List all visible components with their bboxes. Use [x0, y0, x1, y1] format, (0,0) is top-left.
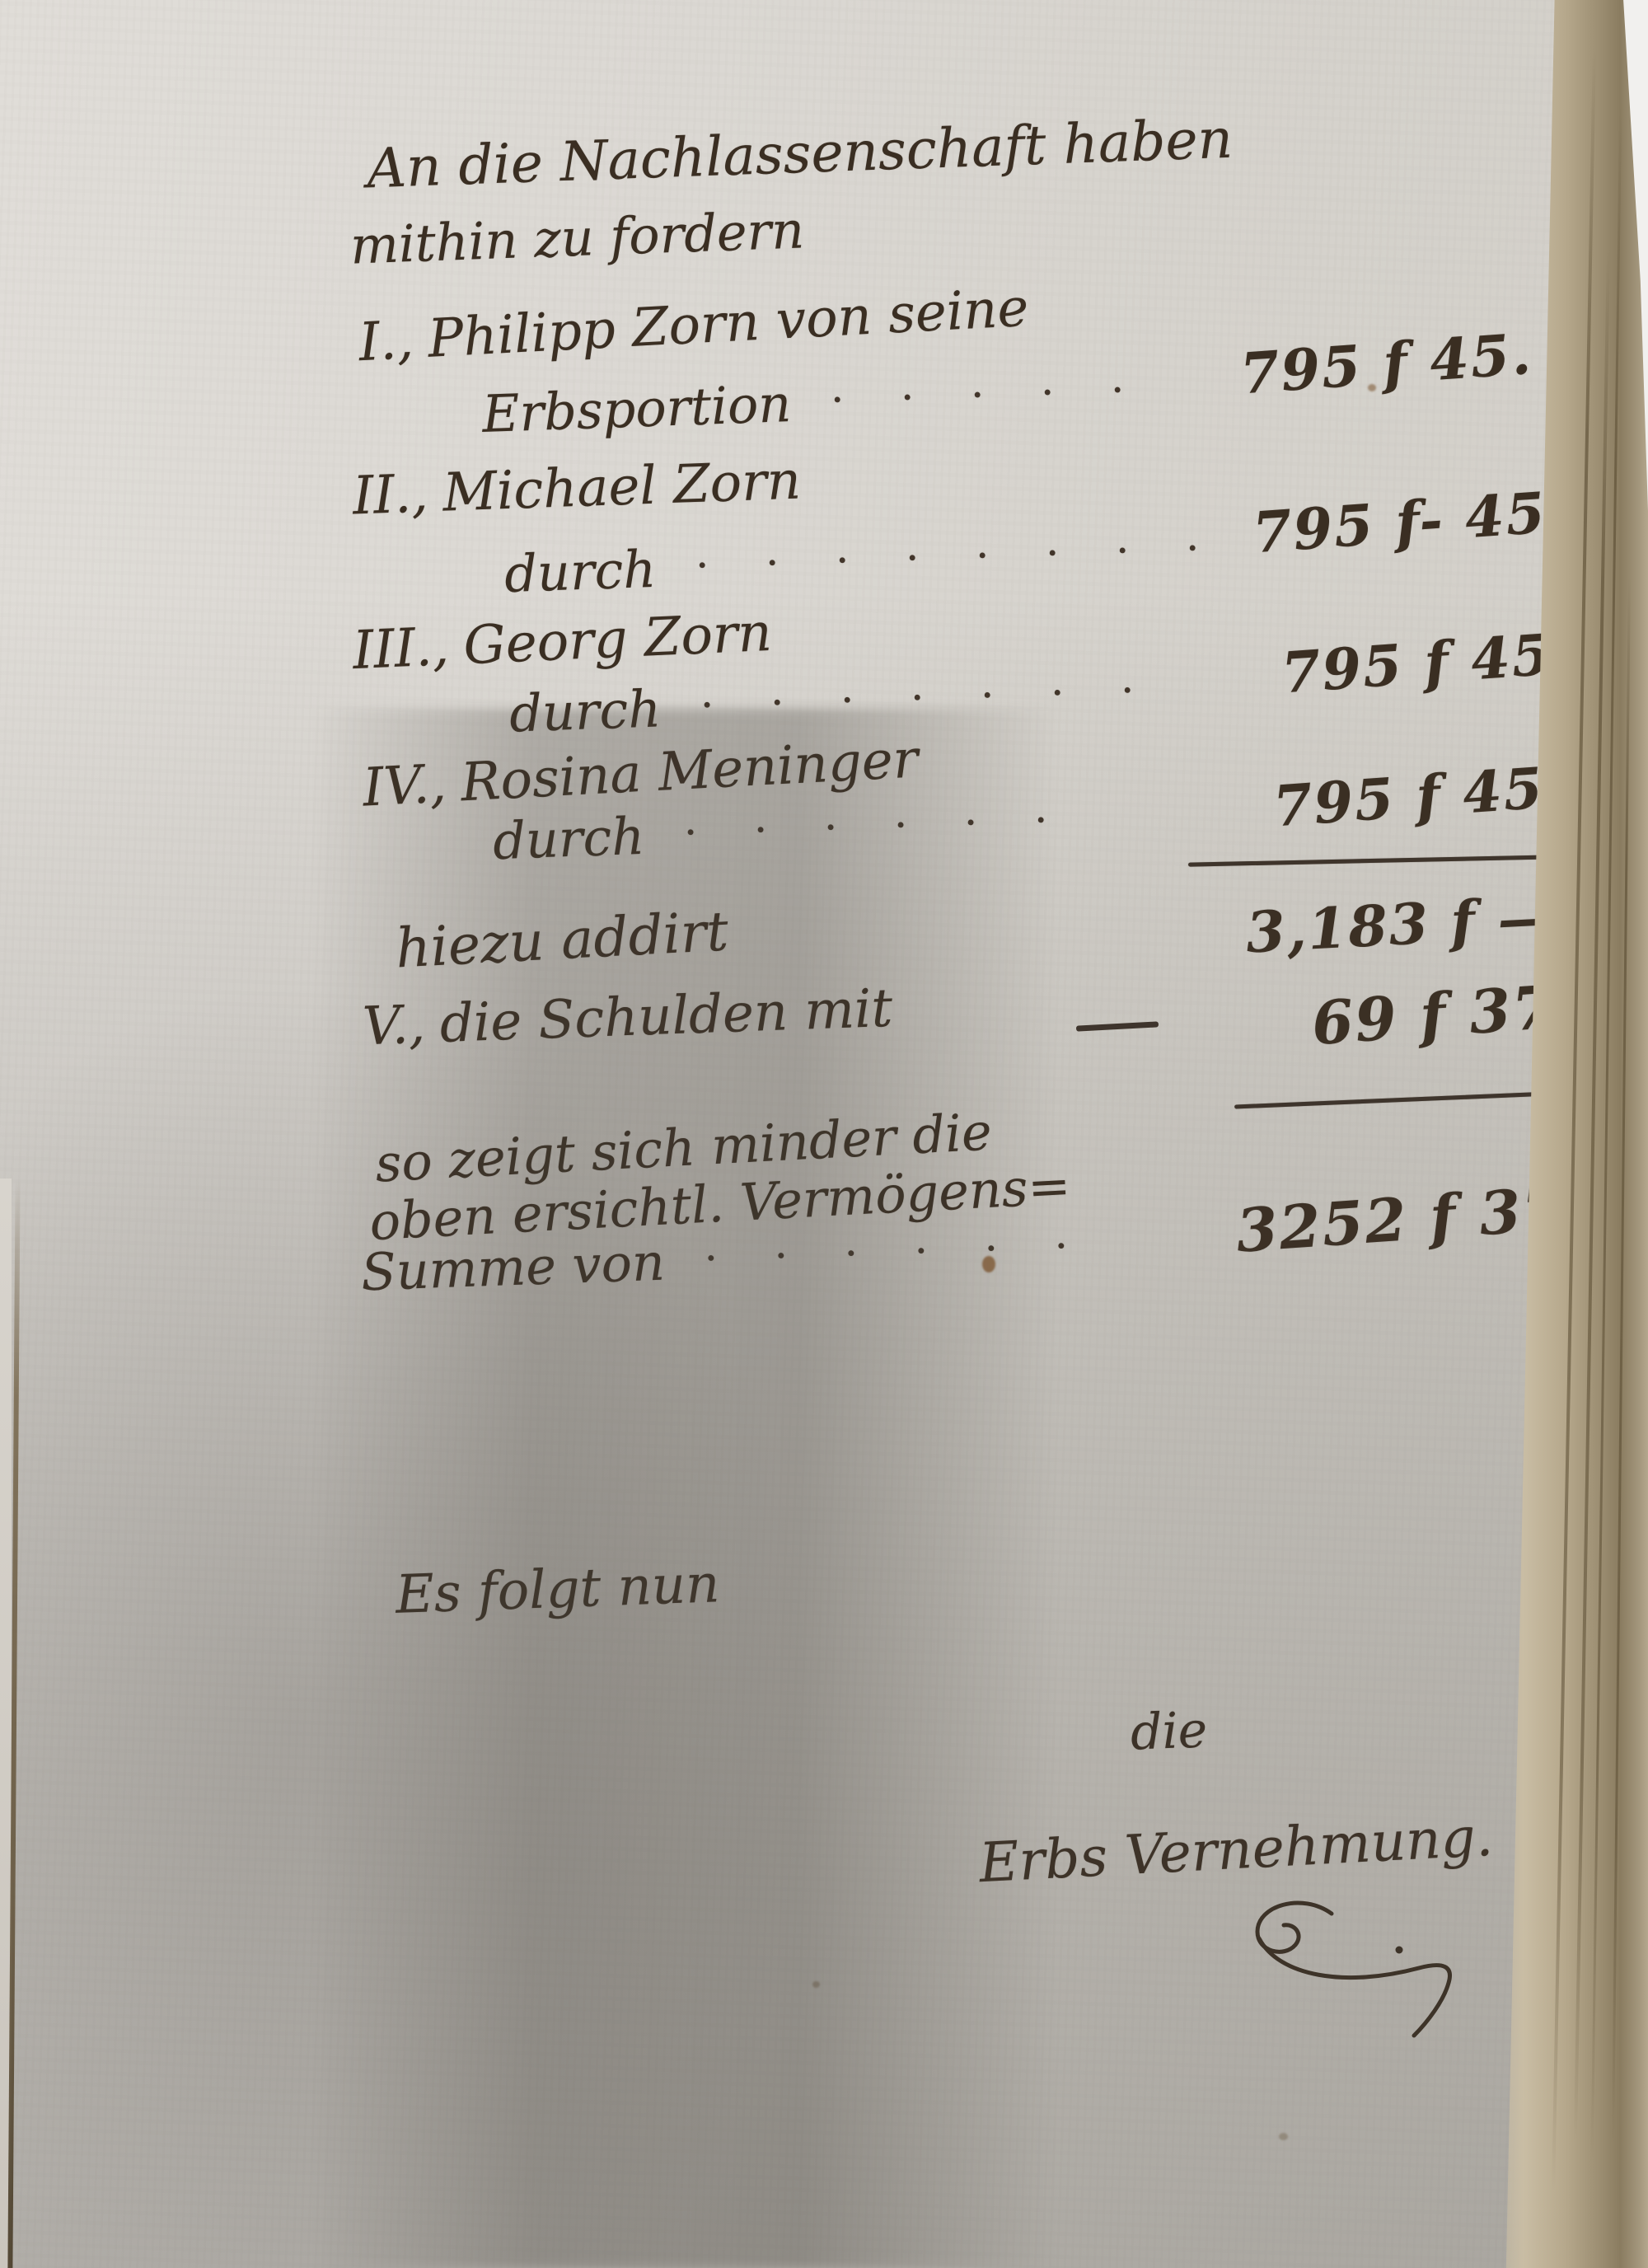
result-leader-dots: · · · · · · — [704, 1221, 1091, 1284]
entry-2-index: II., — [352, 463, 429, 527]
manuscript-photo: An die Nachlassenschaft haben mithin zu … — [0, 0, 1648, 2268]
page-edge-crease — [1612, 577, 1631, 2143]
entry-2-name: Michael Zorn — [442, 451, 802, 524]
entry-1-carry: Erbsportion — [481, 373, 792, 444]
page-edge-crease — [1574, 247, 1610, 2143]
page-edge-crease — [1552, 49, 1596, 2192]
entry-3-carry: durch — [508, 678, 662, 743]
entry-3-leader-dots: · · · · · · · — [700, 665, 1157, 730]
entry-4-index: IV., — [362, 753, 448, 818]
entry-1-leader-dots: · · · · · — [830, 365, 1147, 425]
paraph-flourish — [1178, 1895, 1491, 2052]
entry-4-carry: durch — [492, 806, 645, 871]
entry-4-leader-dots: · · · · · · — [683, 795, 1070, 858]
flourish-dot — [1396, 1947, 1403, 1954]
entry-1-index: I., — [358, 310, 415, 373]
result-sum-label: Summe von — [360, 1232, 666, 1303]
page-edge-crease — [1591, 99, 1622, 2159]
closing-line-1: Es folgt nun — [395, 1553, 721, 1626]
closing-line-2: die — [1130, 1701, 1208, 1761]
debts-index: V., — [362, 995, 426, 1058]
entry-2-carry: durch — [503, 539, 657, 604]
entry-3-index: III., — [352, 616, 451, 682]
